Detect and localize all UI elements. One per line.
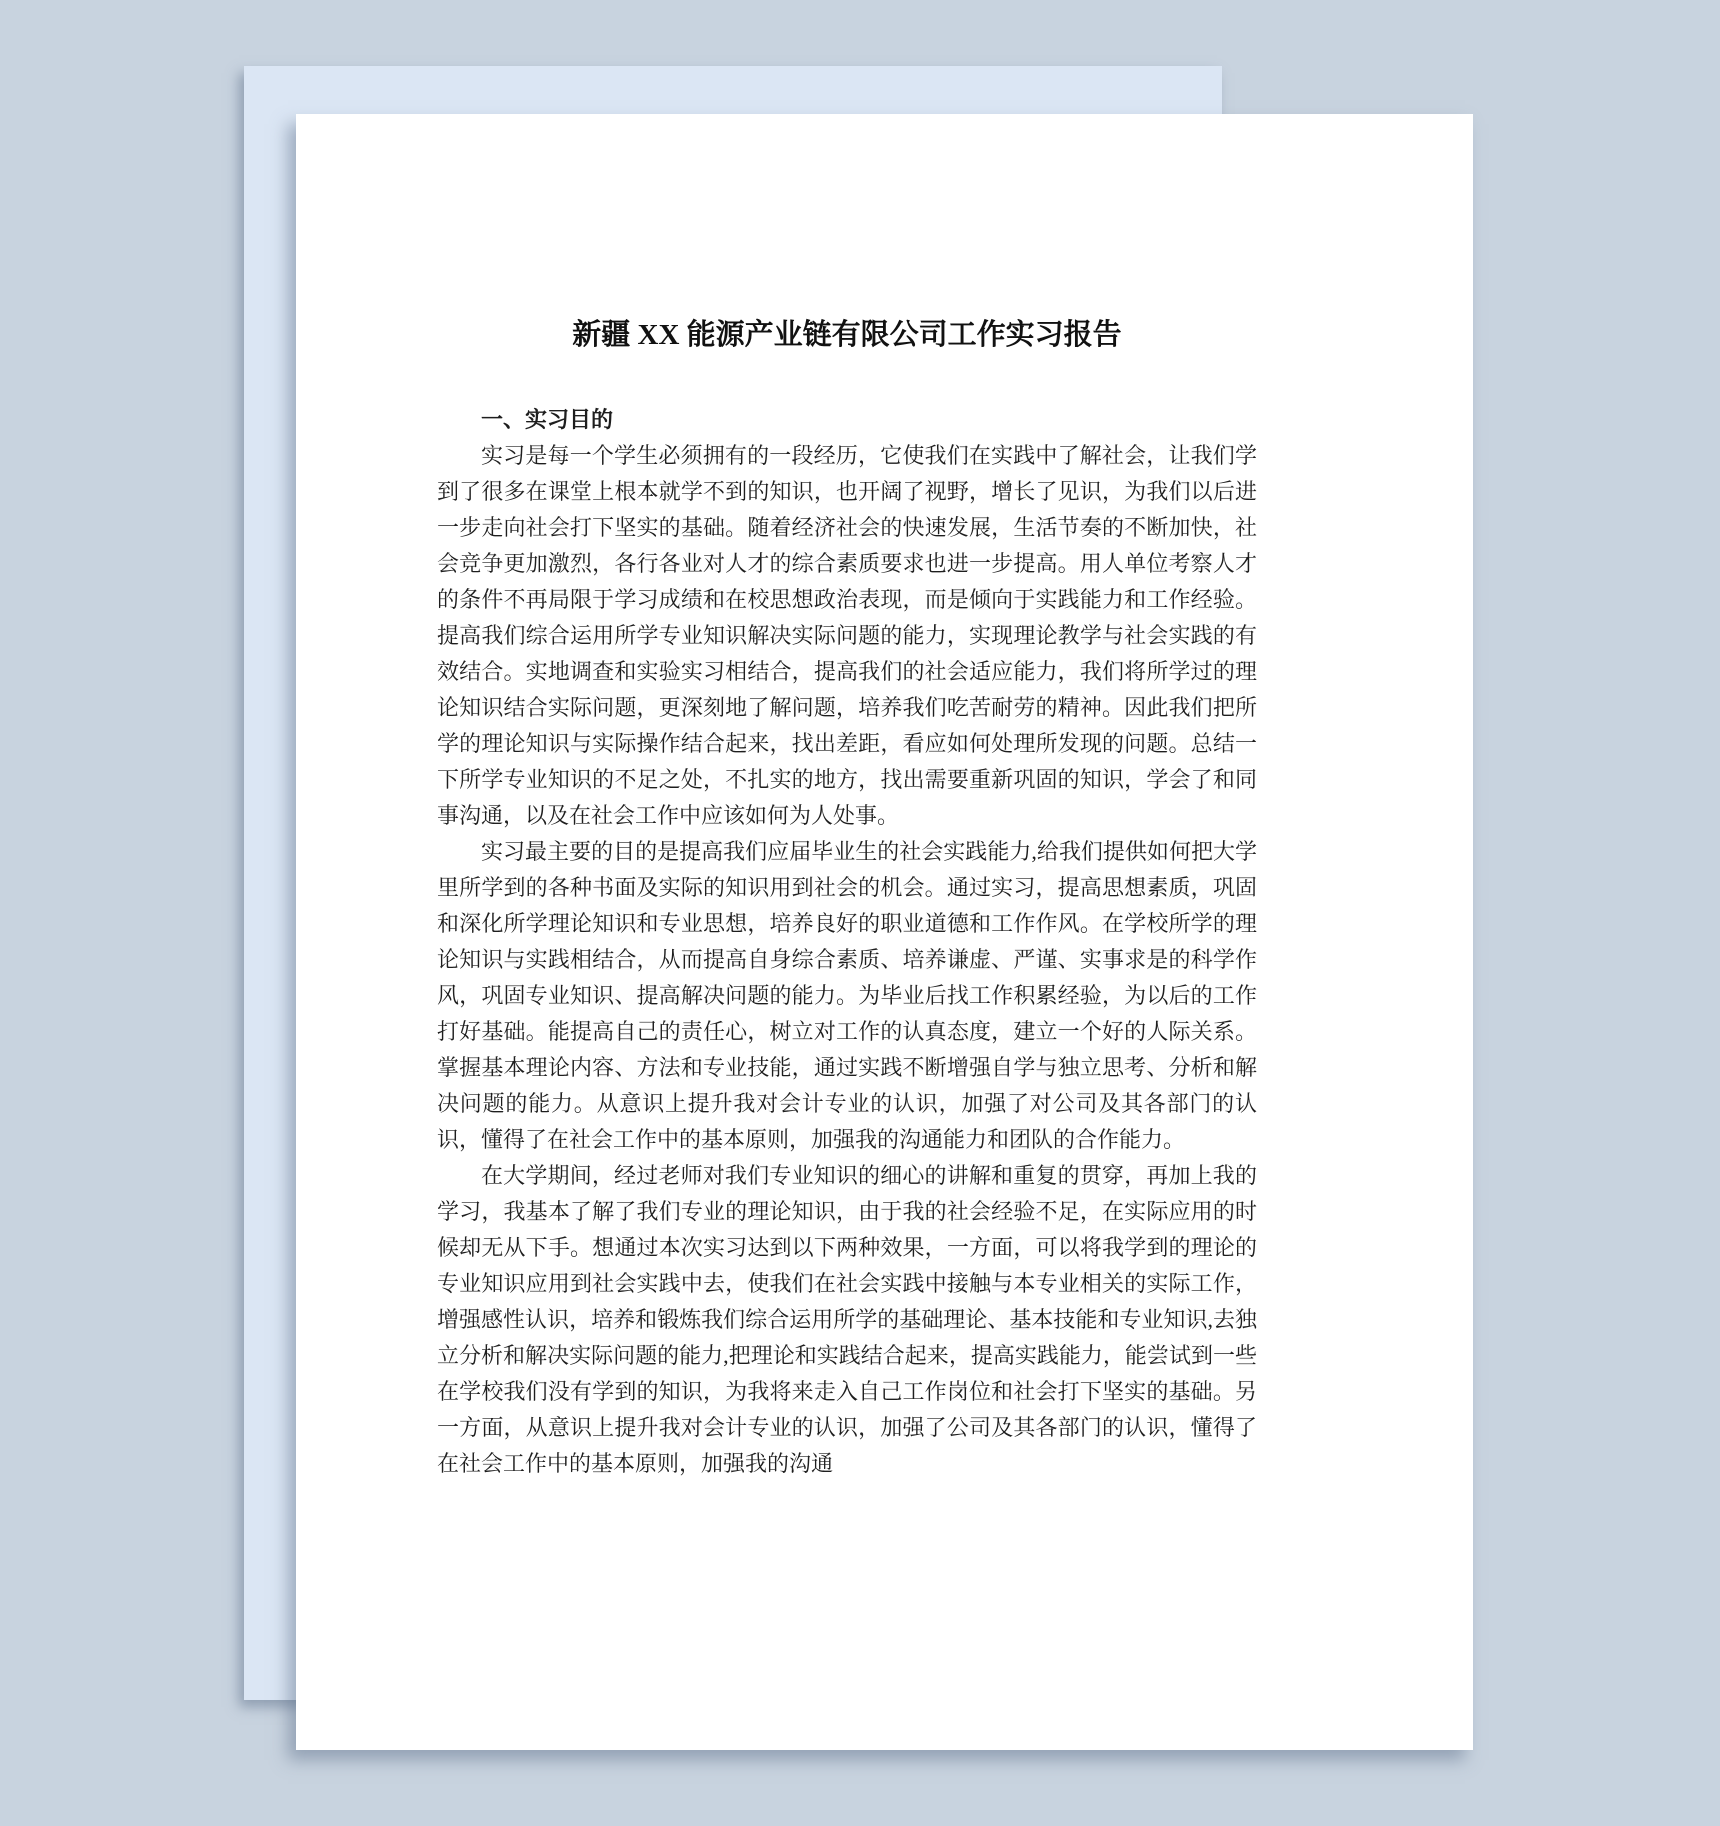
paragraph-2: 实习最主要的目的是提高我们应届毕业生的社会实践能力,给我们提供如何把大学里所学到…: [437, 834, 1257, 1158]
paragraph-3: 在大学期间，经过老师对我们专业知识的细心的讲解和重复的贯穿，再加上我的学习，我基…: [437, 1158, 1257, 1482]
section-heading: 一、实习目的: [437, 402, 1257, 438]
paragraph-1: 实习是每一个学生必须拥有的一段经历，它使我们在实践中了解社会，让我们学到了很多在…: [437, 438, 1257, 834]
document-page: 新疆 XX 能源产业链有限公司工作实习报告 一、实习目的 实习是每一个学生必须拥…: [296, 114, 1473, 1750]
document-content: 新疆 XX 能源产业链有限公司工作实习报告 一、实习目的 实习是每一个学生必须拥…: [437, 313, 1257, 1482]
document-preview-background: 新疆 XX 能源产业链有限公司工作实习报告 一、实习目的 实习是每一个学生必须拥…: [0, 0, 1720, 1826]
document-title: 新疆 XX 能源产业链有限公司工作实习报告: [437, 313, 1257, 357]
document-body: 一、实习目的 实习是每一个学生必须拥有的一段经历，它使我们在实践中了解社会，让我…: [437, 402, 1257, 1482]
